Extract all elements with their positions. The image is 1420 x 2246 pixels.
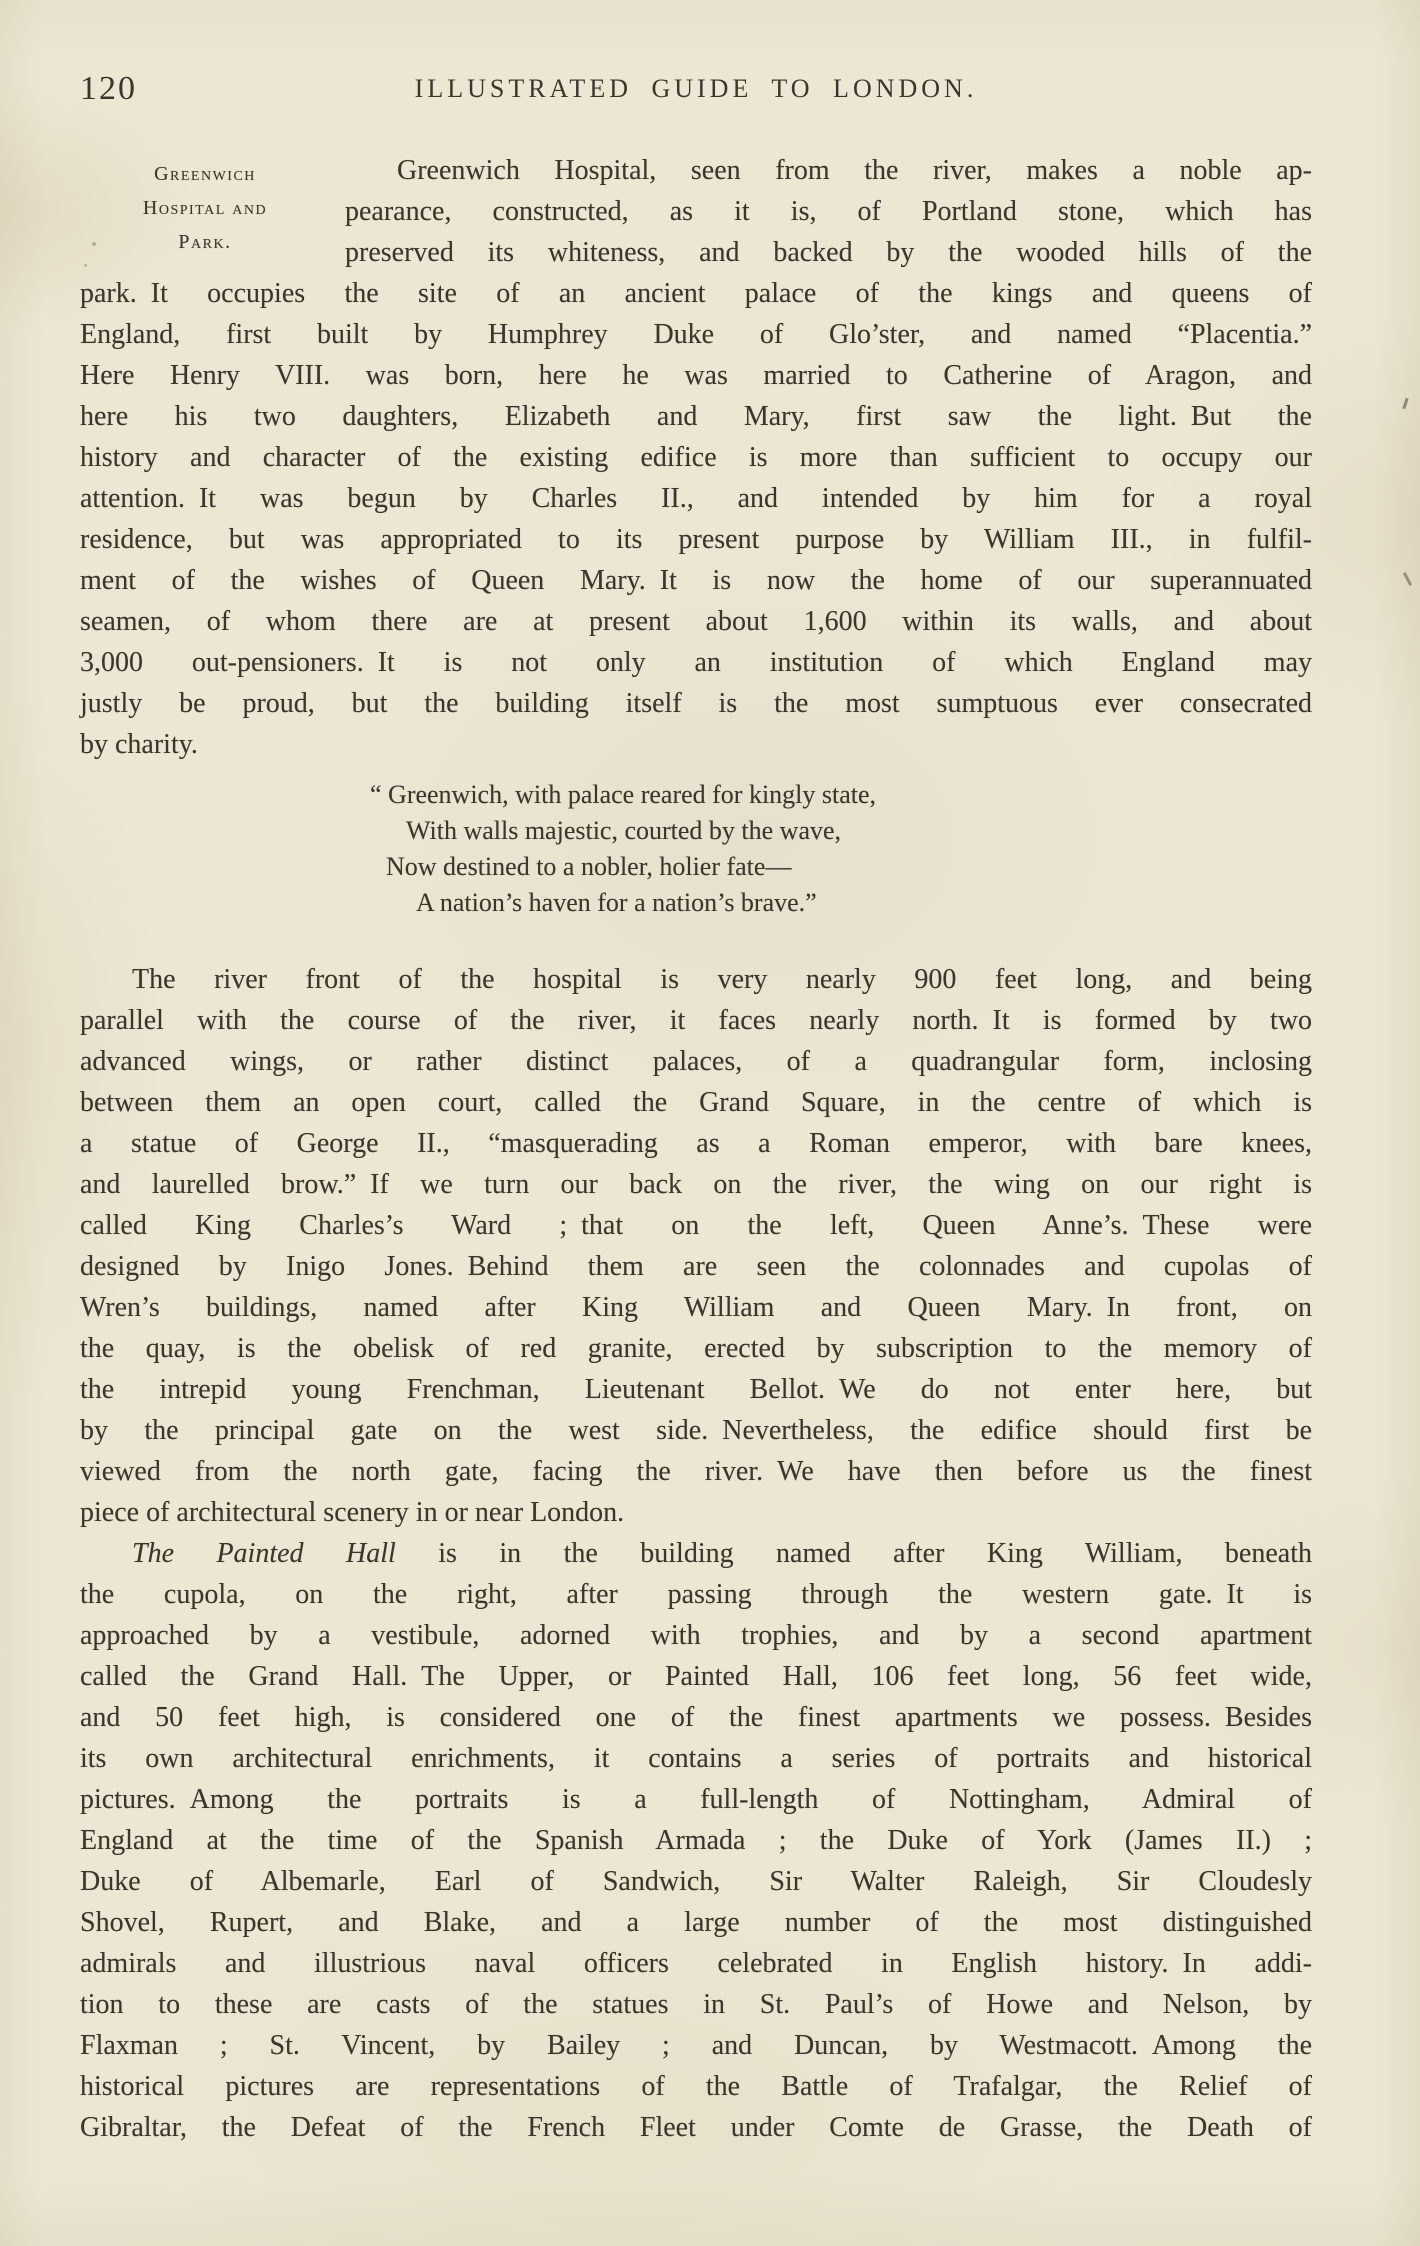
- text-block: GreenwichHospital andPark.Greenwich Hosp…: [80, 150, 1312, 2148]
- text-line: historical pictures are representations …: [80, 2066, 1312, 2107]
- text-line: 3,000 out-pensioners. It is not only an …: [80, 642, 1312, 683]
- sidenote-line: Greenwich: [80, 157, 330, 191]
- text-line: admirals and illustrious naval officers …: [80, 1943, 1312, 1984]
- text-line: Shovel, Rupert, and Blake, and a large n…: [80, 1902, 1312, 1943]
- text-line: called the Grand Hall. The Upper, or Pai…: [80, 1656, 1312, 1697]
- scan-artifact: [92, 242, 96, 246]
- text-segment: is in the building named after King Will…: [396, 1538, 1312, 1569]
- text-line: England at the time of the Spanish Armad…: [80, 1820, 1312, 1861]
- scan-artifact: [84, 264, 87, 267]
- page-number: 120: [80, 70, 137, 108]
- text-line: attention. It was begun by Charles II., …: [80, 478, 1312, 519]
- sidenote-line: Hospital and: [80, 191, 330, 225]
- italic-text: The Painted Hall: [132, 1538, 396, 1569]
- text-line: park. It occupies the site of an ancient…: [80, 273, 1312, 314]
- text-line: The Painted Hall is in the building name…: [80, 1533, 1312, 1574]
- text-line: the cupola, on the right, after passing …: [80, 1574, 1312, 1615]
- text-line: history and character of the existing ed…: [80, 437, 1312, 478]
- verse-line: Now destined to a nobler, holier fate—: [386, 849, 1312, 885]
- text-line: its own architectural enrichments, it co…: [80, 1738, 1312, 1779]
- verse-line: “ Greenwich, with palace reared for king…: [370, 777, 1312, 813]
- book-page: 120 ILLUSTRATED GUIDE TO LONDON. Greenwi…: [0, 0, 1420, 2246]
- sidenote: GreenwichHospital andPark.: [80, 150, 330, 270]
- paragraph: The river front of the hospital is very …: [80, 959, 1312, 1533]
- text-line: here his two daughters, Elizabeth and Ma…: [80, 396, 1312, 437]
- text-line: by charity.: [80, 724, 1312, 765]
- paragraph: The Painted Hall is in the building name…: [80, 1533, 1312, 2148]
- scan-artifact: [1402, 398, 1408, 409]
- text-line: pictures. Among the portraits is a full-…: [80, 1779, 1312, 1820]
- page-header: 120 ILLUSTRATED GUIDE TO LONDON.: [80, 68, 1312, 112]
- text-line: seamen, of whom there are at present abo…: [80, 601, 1312, 642]
- text-line: approached by a vestibule, adorned with …: [80, 1615, 1312, 1656]
- text-line: by the principal gate on the west side. …: [80, 1410, 1312, 1451]
- text-line: England, first built by Humphrey Duke of…: [80, 314, 1312, 355]
- scan-artifact: [1403, 572, 1412, 586]
- text-line: Duke of Albemarle, Earl of Sandwich, Sir…: [80, 1861, 1312, 1902]
- text-line: advanced wings, or rather distinct palac…: [80, 1041, 1312, 1082]
- paragraph: GreenwichHospital andPark.Greenwich Hosp…: [80, 150, 1312, 765]
- text-line: justly be proud, but the building itself…: [80, 683, 1312, 724]
- text-line: ment of the wishes of Queen Mary. It is …: [80, 560, 1312, 601]
- text-line: parallel with the course of the river, i…: [80, 1000, 1312, 1041]
- text-line: Here Henry VIII. was born, here he was m…: [80, 355, 1312, 396]
- text-line: Flaxman ; St. Vincent, by Bailey ; and D…: [80, 2025, 1312, 2066]
- verse-line: With walls majestic, courted by the wave…: [406, 813, 1312, 849]
- text-line: the intrepid young Frenchman, Lieutenant…: [80, 1369, 1312, 1410]
- text-line: between them an open court, called the G…: [80, 1082, 1312, 1123]
- text-line: viewed from the north gate, facing the r…: [80, 1451, 1312, 1492]
- text-line: Wren’s buildings, named after King Willi…: [80, 1287, 1312, 1328]
- text-line: residence, but was appropriated to its p…: [80, 519, 1312, 560]
- text-line: tion to these are casts of the statues i…: [80, 1984, 1312, 2025]
- running-header: ILLUSTRATED GUIDE TO LONDON.: [80, 68, 1312, 104]
- verse-line: A nation’s haven for a nation’s brave.”: [416, 885, 1312, 921]
- sidenote-line: Park.: [80, 225, 330, 259]
- text-line: designed by Inigo Jones. Behind them are…: [80, 1246, 1312, 1287]
- text-line: and 50 feet high, is considered one of t…: [80, 1697, 1312, 1738]
- text-line: Gibraltar, the Defeat of the French Flee…: [80, 2107, 1312, 2148]
- text-line: The river front of the hospital is very …: [80, 959, 1312, 1000]
- text-line: and laurelled brow.” If we turn our back…: [80, 1164, 1312, 1205]
- poem-quote: “ Greenwich, with palace reared for king…: [370, 777, 1312, 921]
- text-line: the quay, is the obelisk of red granite,…: [80, 1328, 1312, 1369]
- text-line: piece of architectural scenery in or nea…: [80, 1492, 1312, 1533]
- text-line: a statue of George II., “masquerading as…: [80, 1123, 1312, 1164]
- text-line: called King Charles’s Ward ; that on the…: [80, 1205, 1312, 1246]
